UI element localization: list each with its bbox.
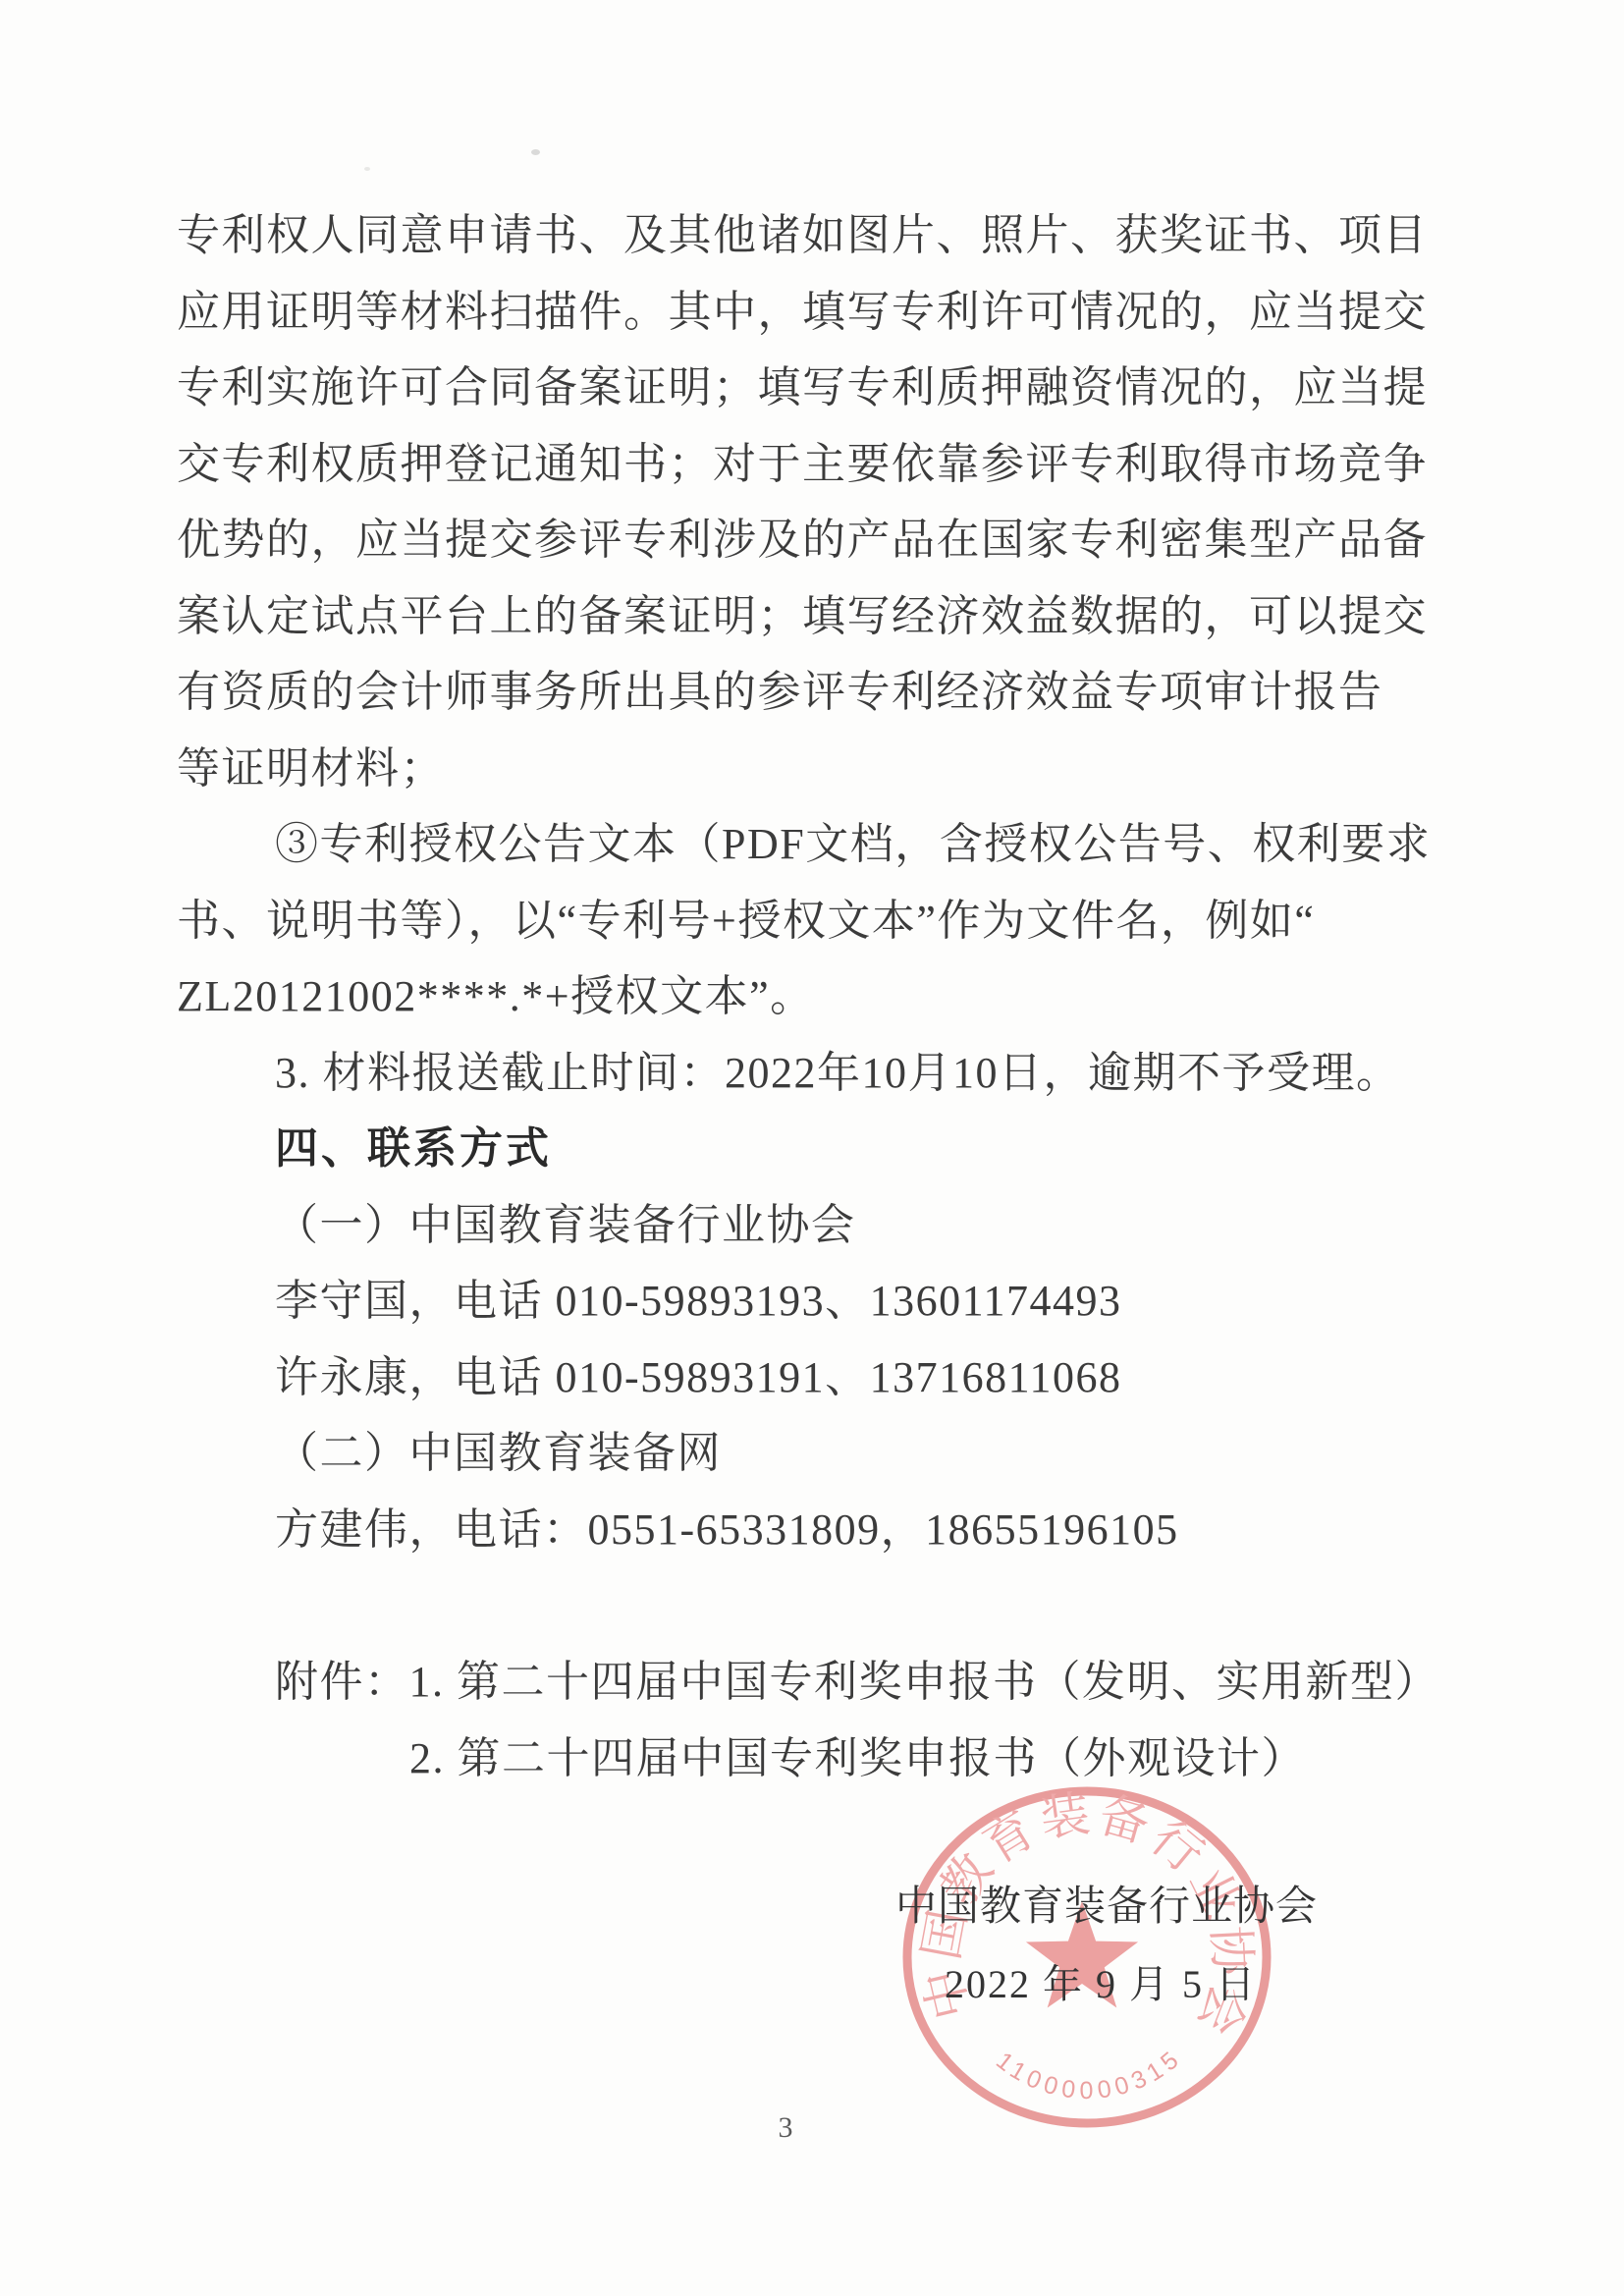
contact-line: （二）中国教育装备网 [177, 1415, 1439, 1492]
page-number: 3 [756, 2111, 815, 2145]
deadline-line: 3. 材料报送截止时间：2022年10月10日，逾期不予受理。 [177, 1035, 1439, 1112]
contact-line: 李守国，电话 010-59893193、13601174493 [177, 1263, 1439, 1339]
signature-organization: 中国教育装备行业协会 [895, 1880, 1318, 1935]
attachment-1-text: 1. 第二十四届中国专利奖申报书（发明、实用新型） [409, 1658, 1440, 1706]
scan-speck [531, 149, 540, 155]
blank-line [177, 1567, 1439, 1644]
body-line: 专利实施许可合同备案证明；填写专利质押融资情况的，应当提 [177, 350, 1439, 426]
body-line: 专利权人同意申请书、及其他诸如图片、照片、获奖证书、项目 [177, 197, 1439, 274]
item3-line: ZL20121002****.*+授权文本”。 [177, 958, 1439, 1035]
body-line: 交专利权质押登记通知书；对于主要依靠参评专利取得市场竞争 [177, 426, 1439, 503]
attachment-line-1: 附件：1. 第二十四届中国专利奖申报书（发明、实用新型） [177, 1644, 1439, 1721]
document-body: 专利权人同意申请书、及其他诸如图片、照片、获奖证书、项目 应用证明等材料扫描件。… [177, 197, 1439, 1796]
contact-line: 方建伟，电话：0551-65331809，18655196105 [177, 1492, 1439, 1568]
contact-line: （一）中国教育装备行业协会 [177, 1187, 1439, 1264]
body-line: 优势的，应当提交参评专利涉及的产品在国家专利密集型产品备 [177, 502, 1439, 578]
item3-line: 书、说明书等），以“专利号+授权文本”作为文件名，例如“ [177, 883, 1439, 959]
section4-heading: 四、联系方式 [177, 1111, 1439, 1187]
attachments-label: 附件： [275, 1658, 409, 1706]
contact-line: 许永康，电话 010-59893191、13716811068 [177, 1339, 1439, 1416]
body-line: 应用证明等材料扫描件。其中，填写专利许可情况的，应当提交 [177, 274, 1439, 351]
body-line: 有资质的会计师事务所出具的参评专利经济效益专项审计报告 [177, 654, 1439, 731]
item3-line: ③专利授权公告文本（PDF文档，含授权公告号、权利要求 [177, 806, 1439, 883]
body-line: 案认定试点平台上的备案证明；填写经济效益数据的，可以提交 [177, 578, 1439, 655]
document-page: 专利权人同意申请书、及其他诸如图片、照片、获奖证书、项目 应用证明等材料扫描件。… [0, 0, 1624, 2296]
scan-speck [364, 167, 370, 171]
body-line: 等证明材料； [177, 731, 1439, 807]
signature-date: 2022 年 9 月 5 日 [945, 1958, 1257, 2011]
